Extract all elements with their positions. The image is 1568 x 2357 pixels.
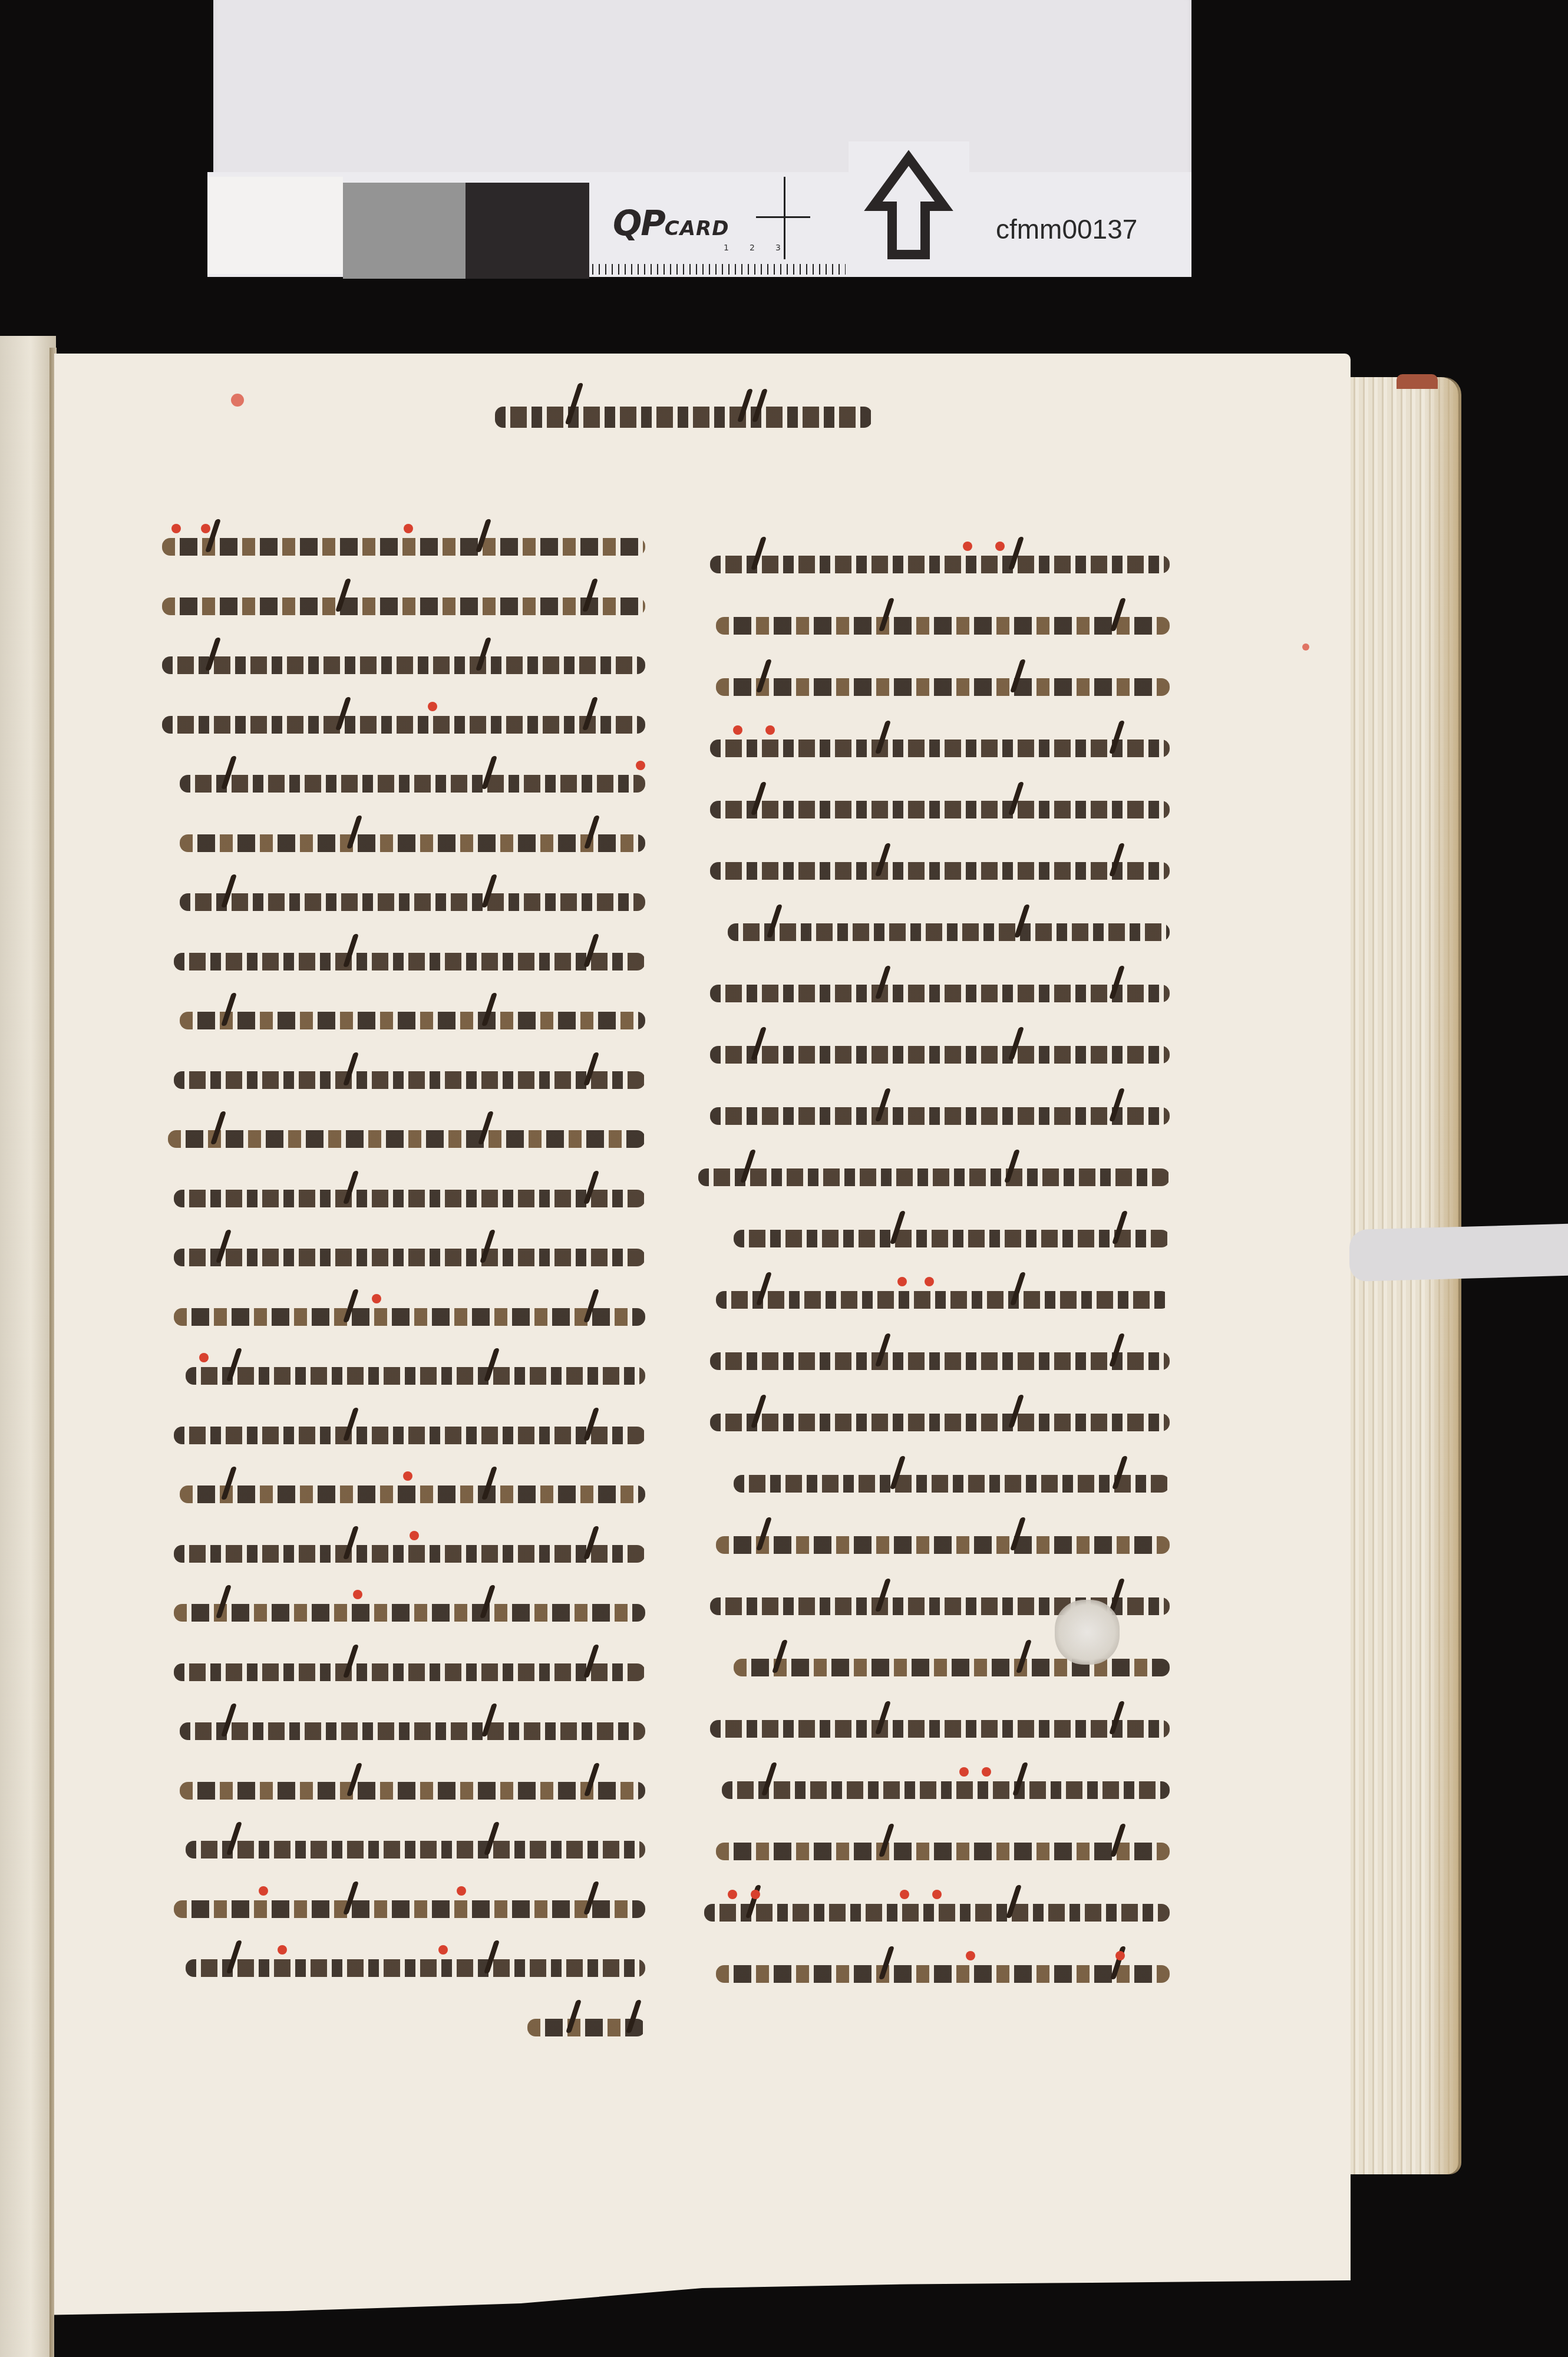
manuscript-line: [704, 1893, 1170, 1929]
ink-stroke: [722, 1781, 1170, 1799]
ink-stroke: [710, 1414, 1170, 1431]
qpcard-logo: QPCARD: [613, 203, 729, 243]
manuscript-line: [722, 1771, 1170, 1806]
manuscript-line: [710, 851, 1170, 887]
rubrication-dot: [900, 1890, 909, 1899]
rubrication-dot: [372, 1294, 381, 1303]
rubrication-dot: [966, 1951, 975, 1960]
ink-stroke: [168, 1130, 645, 1148]
rubrication-dot: [765, 725, 775, 735]
rubrication-dot: [995, 542, 1005, 551]
manuscript-line: [186, 1830, 645, 1866]
manuscript-line: [716, 668, 1170, 703]
manuscript-line: [716, 1955, 1170, 1990]
manuscript-line: [716, 1526, 1170, 1561]
ink-stroke: [734, 1475, 1170, 1493]
facing-page-edge: [0, 336, 56, 2357]
rubrication-dot: [438, 1945, 448, 1955]
rubrication-dot: [259, 1886, 268, 1896]
manuscript-line: [186, 1949, 645, 1984]
rubrication-dot: [278, 1945, 287, 1955]
ink-stroke: [728, 923, 1170, 941]
ink-stroke: [716, 1965, 1170, 1983]
ink-stroke: [186, 1841, 645, 1858]
ruler-tick-2: 2: [750, 243, 755, 253]
manuscript-line: [716, 1832, 1170, 1867]
manuscript-line: [180, 883, 645, 918]
manuscript-line: [710, 974, 1170, 1009]
black-patch: [466, 183, 589, 279]
rubrication-dot: [201, 524, 210, 533]
manuscript-line: [710, 1709, 1170, 1745]
bookmark-strip: [1349, 1224, 1568, 1282]
rubrication-dot: [925, 1277, 934, 1286]
ink-stroke: [162, 716, 645, 734]
ink-stroke: [174, 1663, 645, 1681]
rubrication-dot: [982, 1767, 991, 1777]
manuscript-line: [710, 1342, 1170, 1377]
rubrication-dot: [751, 1890, 760, 1899]
manuscript-line: [162, 705, 645, 741]
manuscript-line: [174, 1238, 645, 1273]
ink-stroke: [186, 1959, 645, 1977]
ink-stroke: [162, 597, 645, 615]
ink-stroke: [716, 1843, 1170, 1860]
manuscript-line: [527, 2008, 645, 2044]
ink-stroke: [174, 1308, 645, 1326]
ink-stroke: [710, 1352, 1170, 1370]
crosshair-icon: [784, 177, 785, 259]
manuscript-line: [186, 1356, 645, 1392]
ink-stroke: [716, 1291, 1170, 1309]
ruler-tick-3: 3: [775, 243, 781, 253]
ink-stroke: [716, 617, 1170, 635]
manuscript-line: [180, 1771, 645, 1807]
ink-stroke: [716, 678, 1170, 696]
rubrication-dot: [410, 1531, 419, 1540]
ink-stroke: [180, 1012, 645, 1029]
ink-stroke: [704, 1904, 1170, 1922]
up-arrow-icon: [849, 141, 969, 277]
manuscript-line: [710, 729, 1170, 764]
manuscript-line: [174, 1890, 645, 1925]
rubrication-dot: [932, 1890, 942, 1899]
margin-red-dot: [231, 394, 244, 407]
manuscript-line: [716, 1280, 1170, 1316]
ink-stroke: [174, 1545, 645, 1563]
ruler-tick-1: 1: [724, 243, 729, 253]
manuscript-line: [710, 545, 1170, 580]
manuscript-line: [710, 1035, 1170, 1071]
manuscript-line: [716, 606, 1170, 642]
rubrication-dot: [1115, 1951, 1125, 1960]
ink-stroke: [698, 1168, 1170, 1186]
ink-stroke: [710, 801, 1170, 818]
manuscript-line: [734, 1464, 1170, 1500]
ink-stroke: [710, 985, 1170, 1002]
ink-stroke: [734, 1230, 1170, 1247]
manuscript-line: [174, 942, 645, 978]
ink-stroke: [174, 1071, 645, 1089]
manuscript-line: [710, 790, 1170, 826]
rubrication-dot: [199, 1353, 209, 1362]
manuscript-line: [174, 1179, 645, 1214]
manuscript-line: [174, 1653, 645, 1688]
ink-stroke: [162, 538, 645, 556]
manuscript-line: [734, 1219, 1170, 1255]
rubrication-dot: [728, 1890, 737, 1899]
ink-stroke: [174, 1604, 645, 1622]
ink-stroke: [716, 1536, 1170, 1554]
red-edge: [1397, 374, 1438, 389]
ruler-scale: [592, 264, 846, 275]
ink-stroke: [710, 1046, 1170, 1064]
manuscript-line: [728, 913, 1170, 948]
left-column: [156, 527, 645, 2071]
manuscript-line: [162, 527, 645, 563]
rubrication-dot: [403, 1471, 412, 1481]
ink-stroke: [180, 893, 645, 911]
ink-stroke: [174, 1190, 645, 1207]
right-column: [698, 545, 1170, 2018]
ink-stroke: [180, 1722, 645, 1740]
rubrication-dot: [404, 524, 413, 533]
rubrication-dot: [636, 761, 645, 770]
manuscript-line: [180, 1475, 645, 1510]
ink-stroke: [710, 1107, 1170, 1125]
ink-stroke: [710, 862, 1170, 880]
manuscript-line: [174, 1593, 645, 1629]
manuscript-line: [698, 1158, 1170, 1193]
manuscript-line: [174, 1534, 645, 1570]
manuscript-line: [180, 824, 645, 859]
damage-patch: [1055, 1600, 1120, 1665]
rubrication-dot: [353, 1590, 362, 1599]
white-patch: [207, 177, 343, 274]
ink-stroke: [186, 1367, 645, 1385]
ink-stroke: [180, 775, 645, 793]
ink-stroke: [180, 1782, 645, 1800]
rubrication-dot: [959, 1767, 969, 1777]
rubrication-dot: [428, 702, 437, 711]
ink-stroke: [710, 1720, 1170, 1738]
manuscript-line: [162, 646, 645, 681]
manuscript-line: [710, 1097, 1170, 1132]
rubrication-dot: [897, 1277, 907, 1286]
manuscript-line: [174, 1298, 645, 1333]
rubrication-dot: [457, 1886, 466, 1896]
ink-stroke: [174, 1900, 645, 1918]
manuscript-line: [162, 587, 645, 622]
crosshair-icon-h: [756, 216, 810, 218]
manuscript-line: [710, 1403, 1170, 1438]
gray-patch: [343, 183, 466, 279]
rubrication-dot: [171, 524, 181, 533]
manuscript-line: [180, 1001, 645, 1036]
ink-stroke: [174, 1427, 645, 1444]
ink-stroke: [174, 1249, 645, 1266]
manuscript-line: [180, 1712, 645, 1747]
ink-stroke: [710, 556, 1170, 573]
rubrication-dot: [733, 725, 742, 735]
manuscript-line: [180, 764, 645, 800]
ink-stroke: [180, 1485, 645, 1503]
manuscript-line: [168, 1120, 645, 1155]
ink-stroke: [710, 740, 1170, 757]
orientation-panel: [849, 141, 969, 277]
rubrication-dot: [963, 542, 972, 551]
ink-stroke: [734, 1659, 1170, 1676]
manuscript-line: [174, 1416, 645, 1451]
ink-stroke: [162, 656, 645, 674]
reference-code: cfmm00137: [996, 213, 1137, 245]
ink-stroke: [180, 834, 645, 852]
margin-red-dot: [1302, 643, 1309, 651]
running-title: Syriac running title (one line, centered…: [495, 377, 872, 448]
manuscript-line: [174, 1061, 645, 1096]
ink-stroke: [174, 953, 645, 970]
